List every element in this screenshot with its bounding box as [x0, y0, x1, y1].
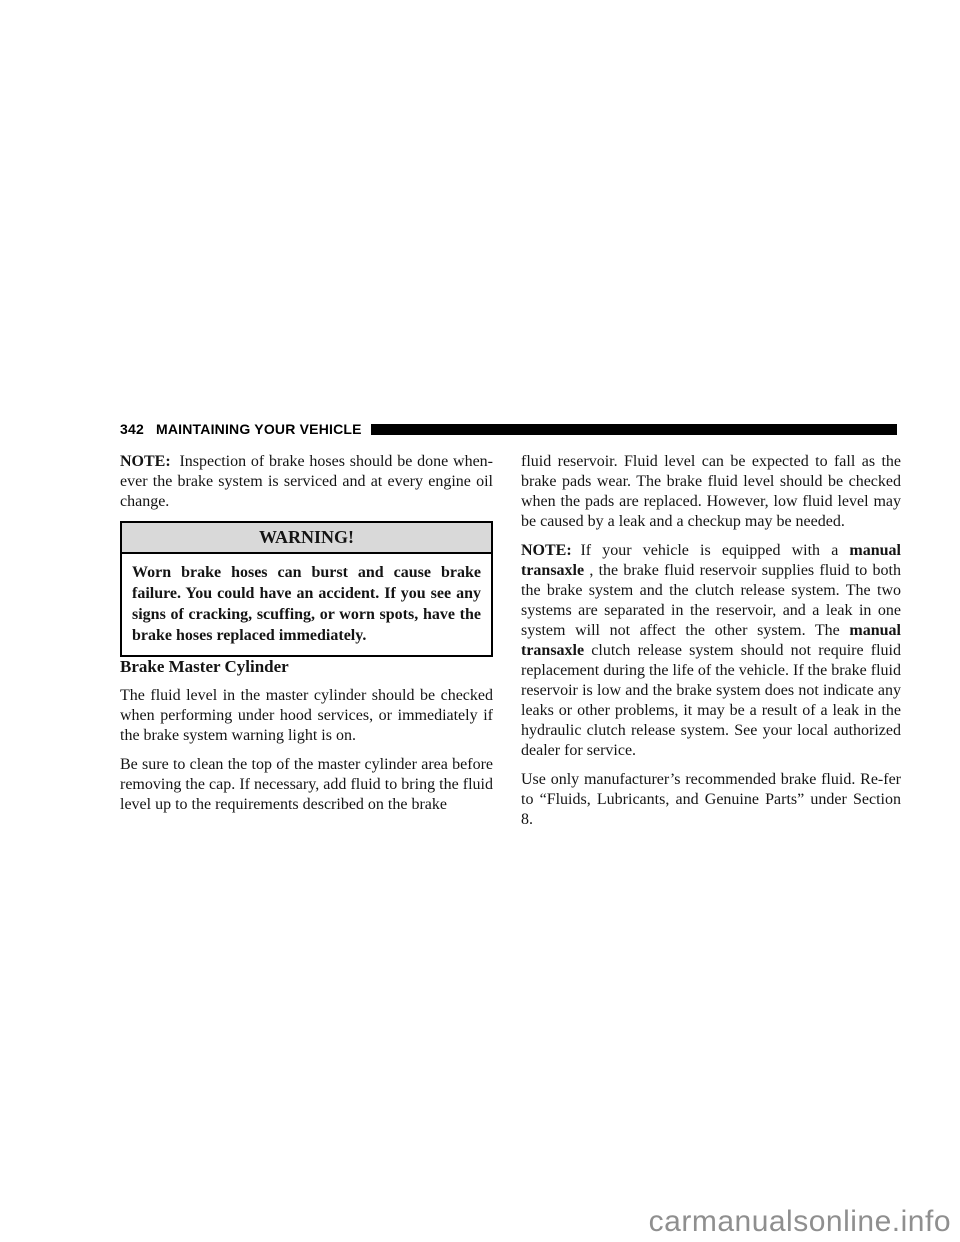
body-paragraph: Use only manufacturer’s recommended brak… [521, 770, 901, 830]
body-paragraph: Be sure to clean the top of the master c… [120, 755, 493, 815]
note-paragraph: NOTE:Inspection of brake hoses should be… [120, 452, 493, 512]
warning-box: WARNING! Worn brake hoses can burst and … [120, 521, 493, 657]
note-text-run: clutch release system should not require… [521, 642, 901, 759]
body-paragraph: The fluid level in the master cylinder s… [120, 686, 493, 746]
note-text: Inspection of brake hoses should be done… [120, 453, 493, 510]
header-rule-bar [371, 424, 897, 435]
left-column: NOTE:Inspection of brake hoses should be… [120, 452, 493, 824]
warning-box-title: WARNING! [122, 523, 491, 554]
note-text-run: If your vehicle is equipped with a [580, 542, 849, 559]
manual-page: 342 MAINTAINING YOUR VEHICLE NOTE:Inspec… [0, 0, 960, 1242]
note-label: NOTE: [120, 453, 171, 470]
page-number: 342 [120, 421, 144, 437]
section-heading-brake-master-cylinder: Brake Master Cylinder [120, 657, 493, 677]
body-paragraph: fluid reservoir. Fluid level can be expe… [521, 452, 901, 532]
note-label: NOTE: [521, 542, 572, 559]
header-title: MAINTAINING YOUR VEHICLE [156, 421, 362, 437]
running-header: 342 MAINTAINING YOUR VEHICLE [120, 421, 897, 437]
watermark-site-name: carmanualsonline.info [649, 1205, 951, 1239]
note-paragraph: NOTE:If your vehicle is equipped with a … [521, 541, 901, 761]
warning-box-body: Worn brake hoses can burst and cause bra… [122, 554, 491, 655]
right-column: fluid reservoir. Fluid level can be expe… [521, 452, 901, 839]
